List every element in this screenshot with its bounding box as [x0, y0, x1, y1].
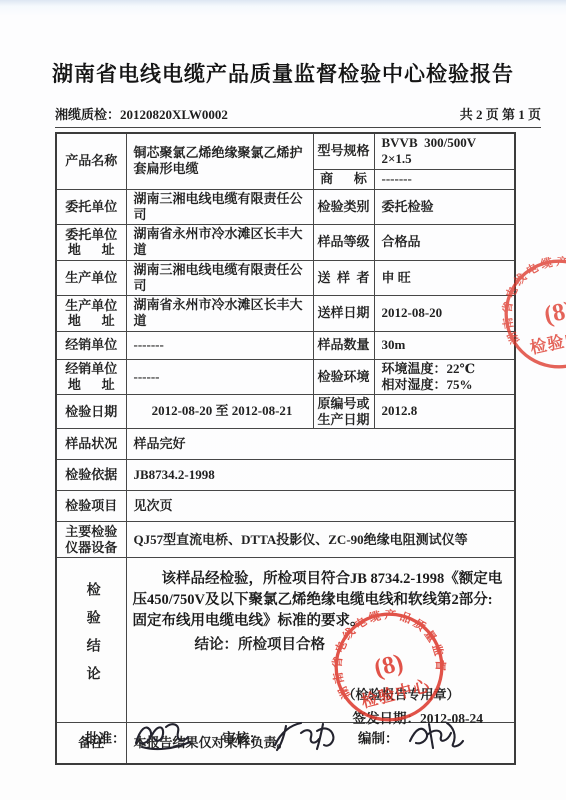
sample-quantity-value: 30m — [374, 331, 515, 359]
client-label: 委托单位 — [56, 189, 126, 225]
review-signature-block: 审核： — [222, 727, 337, 753]
conclusion-result: 结论：所检项目合格 — [195, 633, 513, 654]
svg-text:(8): (8) — [542, 297, 566, 329]
client-value: 湖南三湘电线电缆有限责任公司 — [126, 189, 313, 225]
inspection-items-value: 见次页 — [126, 491, 515, 522]
sample-grade-value: 合格品 — [374, 225, 515, 261]
producer-value: 湖南三湘电线电缆有限责任公司 — [126, 260, 313, 296]
review-label: 审核： — [222, 727, 263, 747]
conclusion-label: 检验结论 — [56, 558, 126, 723]
producer-address-value: 湖南省永州市冷水滩区长丰大道 — [126, 296, 313, 332]
model-spec-value: BVVB 300/500V 2×1.5 — [374, 133, 515, 169]
sample-date-label: 送样日期 — [313, 296, 374, 332]
doc-number: 湘缆质检：20120820XLW0002 — [55, 104, 228, 123]
product-name-value: 铜芯聚氯乙烯绝缘聚氯乙烯护套扁形电缆 — [126, 133, 313, 189]
inspection-type-value: 委托检验 — [374, 189, 515, 225]
sample-grade-label: 样品等级 — [313, 225, 374, 261]
doc-number-value: 20120820XLW0002 — [120, 107, 228, 122]
environment-value: 环境温度：22℃ 相对湿度：75% — [374, 359, 515, 395]
svg-text:检验中心: 检验中心 — [528, 323, 566, 357]
report-header-line: 湘缆质检：20120820XLW0002 共 2 页 第 1 页 — [55, 104, 541, 128]
original-no-value: 2012.8 — [374, 395, 515, 429]
sample-quantity-label: 样品数量 — [313, 331, 374, 359]
producer-address-label: 生产单位 地址 — [56, 296, 126, 332]
report-page: 湖南省电线电缆产品质量监督检验中心检验报告 湘缆质检：20120820XLW00… — [0, 0, 566, 800]
approve-label: 批准： — [85, 727, 126, 747]
approve-signature-block: 批准： — [85, 727, 200, 753]
review-signature-icon — [267, 719, 337, 753]
conclusion-paragraph: 该样品经检验，所检项目符合JB 8734.2-1998《额定电压450/750V… — [133, 569, 507, 632]
sample-condition-value: 样品完好 — [126, 429, 515, 460]
distributor-value: ------- — [126, 331, 313, 359]
client-address-value: 湖南省永州市冷水滩区长丰大道 — [126, 225, 313, 261]
original-no-label: 原编号或 生产日期 — [313, 395, 374, 429]
doc-number-label: 湘缆质检： — [55, 107, 120, 122]
inspection-basis-label: 检验依据 — [56, 460, 126, 491]
equipment-value: QJ57型直流电桥、DTTA投影仪、ZC-90绝缘电阻测试仪等 — [126, 522, 515, 558]
equipment-label: 主要检验 仪器设备 — [56, 522, 126, 558]
distributor-address-label: 经销单位 地址 — [56, 359, 126, 395]
trademark-value: ------- — [374, 169, 515, 189]
client-address-label: 委托单位 地址 — [56, 225, 126, 261]
prepare-signature-block: 编制： — [358, 727, 473, 753]
seal-note: （检验报告专用章） — [343, 684, 460, 703]
producer-label: 生产单位 — [56, 260, 126, 296]
prepare-signature-icon — [403, 719, 473, 753]
conclusion-cell: 该样品经检验，所检项目符合JB 8734.2-1998《额定电压450/750V… — [126, 558, 515, 723]
report-title: 湖南省电线电缆产品质量监督检验中心检验报告 — [0, 58, 566, 88]
product-name-label: 产品名称 — [56, 133, 126, 189]
model-spec-label: 型号规格 — [313, 133, 374, 169]
sample-sender-value: 申 旺 — [374, 260, 515, 296]
distributor-address-value: ------ — [126, 359, 313, 395]
inspection-items-label: 检验项目 — [56, 491, 126, 522]
distributor-label: 经销单位 — [56, 331, 126, 359]
trademark-label: 商标 — [313, 169, 374, 189]
prepare-label: 编制： — [358, 727, 399, 747]
sample-condition-label: 样品状况 — [56, 429, 126, 460]
inspection-basis-value: JB8734.2-1998 — [126, 460, 515, 491]
sample-sender-label: 送样者 — [313, 260, 374, 296]
svg-text:(8): (8) — [371, 649, 406, 682]
inspection-date-label: 检验日期 — [56, 395, 126, 429]
inspection-date-value: 2012-08-20 至 2012-08-21 — [126, 395, 313, 429]
report-table: 产品名称 铜芯聚氯乙烯绝缘聚氯乙烯护套扁形电缆 型号规格 BVVB 300/50… — [55, 132, 516, 765]
approve-signature-icon — [130, 719, 200, 753]
sample-date-value: 2012-08-20 — [374, 296, 515, 332]
inspection-type-label: 检验类别 — [313, 189, 374, 225]
page-indicator: 共 2 页 第 1 页 — [460, 104, 541, 123]
environment-label: 检验环境 — [313, 359, 374, 395]
